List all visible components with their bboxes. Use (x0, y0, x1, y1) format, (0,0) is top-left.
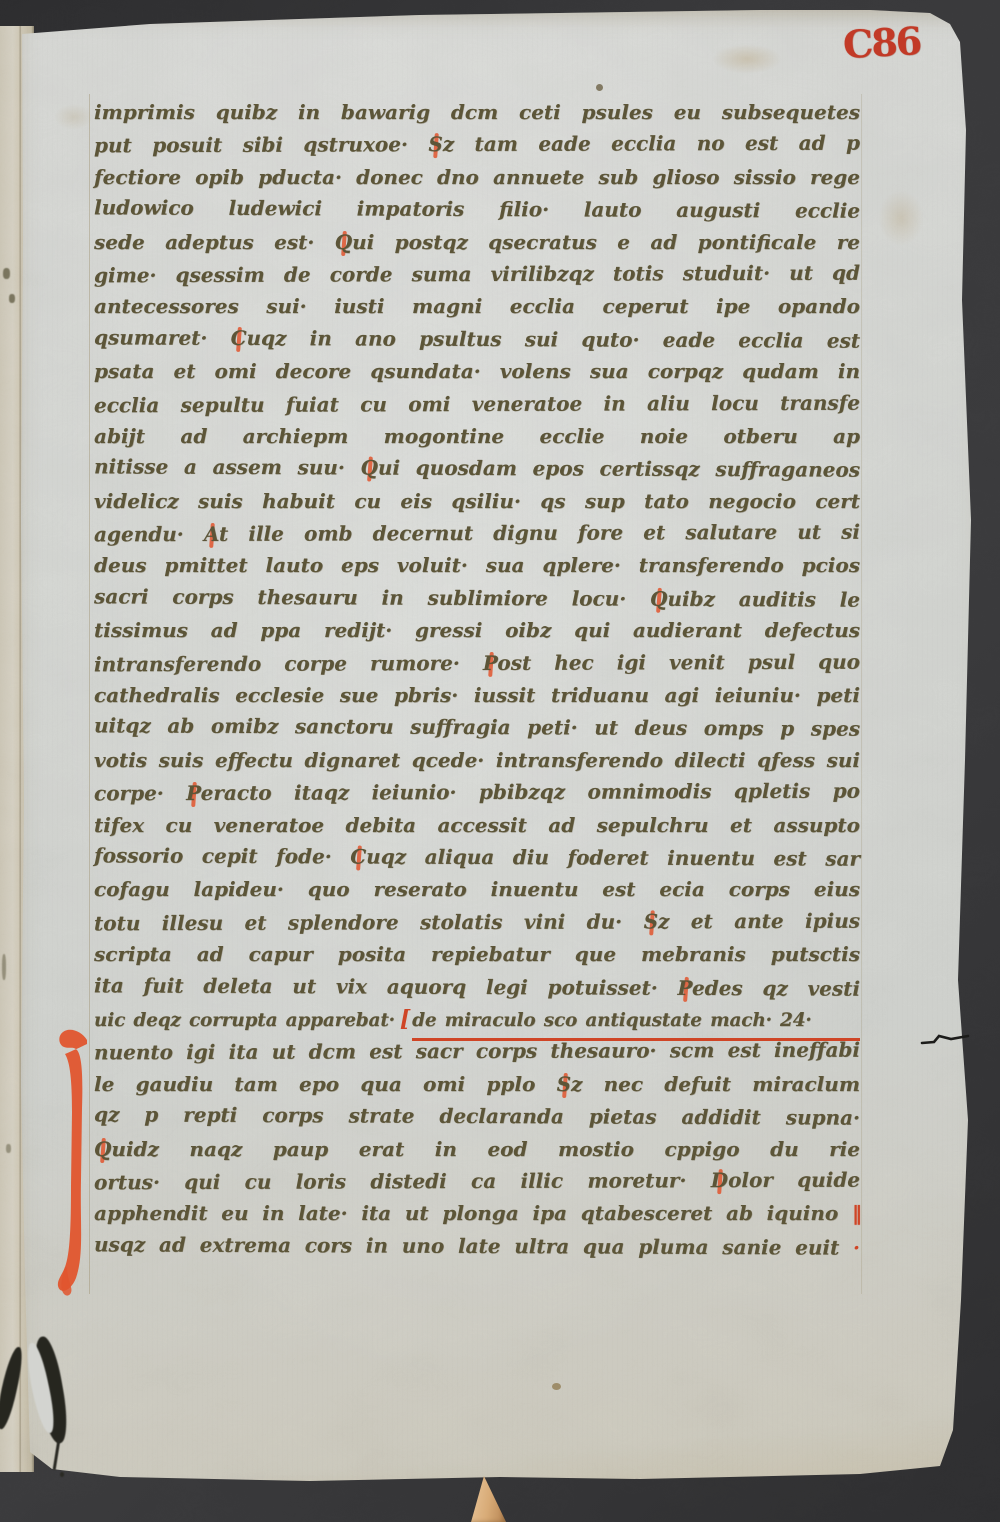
manuscript-line: ortus· qui cu loris distedi ca illic mor… (94, 1164, 860, 1199)
line-text: sacri corps thesauru in sublimiore locu· (94, 584, 650, 610)
pointer-stick (468, 1476, 506, 1522)
line-text: fossorio cepit fode· (94, 843, 350, 868)
manuscript-line: sacri corps thesauru in sublimiore locu·… (94, 580, 860, 616)
manuscript-line: imprimis quibz in bawarig dcm ceti psule… (94, 96, 860, 128)
line-text: fectiore opib pducta· donec dno annuete … (94, 165, 860, 189)
red-ink-mark: ‖ (852, 1201, 860, 1225)
manuscript-line: le gaudiu tam epo qua omi pplo Sz nec de… (94, 1068, 860, 1100)
ink-speck (2, 954, 6, 980)
line-text: tifex cu veneratoe debita accessit ad se… (94, 813, 860, 837)
line-text: deus pmittet lauto eps voluit· sua qpler… (94, 553, 860, 577)
rubricated-capital: S (428, 133, 443, 157)
line-text: ita fuit deleta ut vix aquorq legi potui… (94, 973, 678, 1000)
manuscript-line: psata et omi decore qsundata· volens sua… (94, 355, 860, 387)
manuscript-line: votis suis effectu dignaret qcede· intra… (94, 744, 860, 776)
line-text: totu illesu et splendore stolatis vini d… (94, 909, 644, 935)
text-block: imprimis quibz in bawarig dcm ceti psule… (94, 96, 860, 1262)
line-text: sede adeptus est· (94, 230, 335, 254)
manuscript-line: nitisse a assem suu· Qui quosdam epos ce… (94, 451, 860, 487)
line-text: apphendit eu in late· ita ut plonga ipa … (94, 1201, 852, 1225)
red-ink-mark: [ (400, 1003, 410, 1035)
line-text: votis suis effectu dignaret qcede· intra… (94, 748, 860, 772)
line-text: ecclia sepultu fuiat cu omi veneratoe in… (94, 390, 860, 417)
ink-speck (3, 268, 10, 279)
manuscript-line: apphendit eu in late· ita ut plonga ipa … (94, 1197, 860, 1229)
line-text: imprimis quibz in bawarig dcm ceti psule… (94, 100, 860, 124)
manuscript-line: intransferendo corpe rumore· Post hec ig… (94, 645, 860, 680)
manuscript-line: cathedralis ecclesie sue pbris· iussit t… (94, 679, 860, 711)
manuscript-line: deus pmittet lauto eps voluit· sua qpler… (94, 549, 860, 581)
manuscript-line: Quidz naqz paup erat in eod mostio cppig… (94, 1133, 860, 1165)
manuscript-line: corpe· Peracto itaqz ieiunio· pbibzqz om… (94, 775, 860, 810)
line-text: ludowico ludewici impatoris filio· lauto… (94, 196, 860, 223)
manuscript-line: nuento igi ita ut dcm est sacr corps the… (94, 1034, 860, 1069)
rubricated-capital: P (483, 651, 498, 675)
manuscript-line: tissimus ad ppa redijt· gressi oibz qui … (94, 614, 860, 646)
line-text: uic deqz corrupta apparebat· (94, 1005, 395, 1037)
ink-speck (9, 294, 15, 303)
rubricated-capital: Q (650, 587, 668, 611)
manuscript-line: sede adeptus est· Qui postqz qsecratus e… (94, 226, 860, 258)
rubricated-capital: Q (360, 456, 378, 480)
line-text: uidz naqz paup erat in eod mostio cppigo… (111, 1137, 860, 1161)
line-text: uibz auditis le (667, 587, 860, 612)
manuscript-line: fossorio cepit fode· Cuqz aliqua diu fod… (94, 839, 860, 875)
rubricated-capital: C (231, 326, 247, 350)
wormhole-tail (60, 1472, 64, 1477)
line-text: uqz aliqua diu foderet inuentu est sar (366, 845, 860, 871)
manuscript-line: fectiore opib pducta· donec dno annuete … (94, 161, 860, 193)
line-text: gime· qsessim de corde suma virilibzqz t… (94, 261, 860, 288)
manuscript-line: videlicz suis habuit cu eis qsiliu· qs s… (94, 485, 860, 517)
line-text: usqz ad extrema cors in uno late ultra q… (94, 1232, 853, 1259)
line-text: uqz in ano psultus sui quto· eade ecclia… (246, 326, 860, 353)
initial-flourish-icon (57, 1028, 97, 1300)
line-text: corpe· (94, 781, 186, 805)
line-text: qz p repti corps strate declaranda pieta… (94, 1102, 860, 1129)
line-text: cofagu lapideu· quo reserato inuentu est… (94, 877, 860, 901)
manuscript-line: ludowico ludewici impatoris filio· lauto… (94, 192, 860, 228)
manuscript-line: scripta ad capur posita repiebatur que m… (94, 938, 860, 970)
line-text: videlicz suis habuit cu eis qsiliu· qs s… (94, 489, 860, 513)
line-text: antecessores sui· iusti magni ecclia cep… (94, 294, 860, 318)
line-text: nuento igi ita ut dcm est sacr corps the… (94, 1038, 860, 1065)
rubricated-capital: P (186, 781, 201, 805)
rubricated-capital: P (677, 975, 692, 999)
folio-number: C86 (842, 18, 921, 67)
rubricated-capital: S (644, 909, 659, 933)
line-text: psata et omi decore qsundata· volens sua… (94, 359, 860, 383)
manuscript-line: agendu· At ille omb decernut dignu fore … (94, 516, 860, 551)
manuscript-line: qz p repti corps strate declaranda pieta… (94, 1098, 860, 1134)
initial-letter: I (57, 1028, 97, 1304)
rubricated-capital: C (350, 844, 366, 868)
manuscript-line: abijt ad archiepm mogontine ecclie noie … (94, 420, 860, 452)
line-text: put posuit sibi qstruxoe· (94, 133, 428, 158)
line-text: nitisse a assem suu· (94, 455, 361, 480)
line-text: z tam eade ecclia no est ad p (443, 131, 860, 156)
manuscript-line: uic deqz corrupta apparebat·[de miraculo… (94, 1003, 860, 1035)
line-text: olor quide (728, 1168, 860, 1192)
manuscript-line: uitqz ab omibz sanctoru suffragia peti· … (94, 710, 860, 746)
line-text: intransferendo corpe rumore· (94, 651, 483, 676)
manuscript-line: ecclia sepultu fuiat cu omi veneratoe in… (94, 386, 860, 421)
manuscript-line: tifex cu veneratoe debita accessit ad se… (94, 809, 860, 841)
edge-tear-icon (920, 1032, 972, 1048)
line-text: tissimus ad ppa redijt· gressi oibz qui … (94, 618, 860, 642)
line-text: qsumaret· (94, 325, 231, 350)
line-text: t ille omb decernut dignu fore et saluta… (219, 520, 860, 546)
rubricated-capital: D (711, 1168, 728, 1192)
line-text: ost hec igi venit psul quo (497, 649, 860, 674)
line-text: agendu· (94, 522, 204, 546)
manuscript-line: usqz ad extrema cors in uno late ultra q… (94, 1228, 860, 1264)
line-text: uitqz ab omibz sanctoru suffragia peti· … (94, 714, 860, 741)
rubricated-capital: A (204, 522, 219, 546)
line-text: le gaudiu tam epo qua omi pplo (94, 1072, 557, 1096)
line-text: z nec defuit miraclum (571, 1072, 860, 1096)
line-text: scripta ad capur posita repiebatur que m… (94, 942, 860, 966)
rubricated-capital: S (557, 1072, 571, 1096)
line-text: z et ante ipius (658, 908, 860, 933)
manuscript-line: ita fuit deleta ut vix aquorq legi potui… (94, 969, 860, 1005)
manuscript-line: antecessores sui· iusti magni ecclia cep… (94, 290, 860, 322)
ink-speck (6, 1144, 11, 1153)
line-text: ui postqz qsecratus e ad pontificale re (352, 230, 860, 254)
manuscript-line: put posuit sibi qstruxoe· Sz tam eade ec… (94, 127, 860, 162)
manuscript-line: cofagu lapideu· quo reserato inuentu est… (94, 873, 860, 905)
line-text: ui quosdam epos certissqz suffraganeos (378, 456, 860, 482)
manuscript-line: totu illesu et splendore stolatis vini d… (94, 904, 860, 939)
line-text: abijt ad archiepm mogontine ecclie noie … (94, 424, 860, 448)
manuscript-line: qsumaret· Cuqz in ano psultus sui quto· … (94, 321, 860, 357)
line-text: cathedralis ecclesie sue pbris· iussit t… (94, 683, 860, 707)
manuscript-line: gime· qsessim de corde suma virilibzqz t… (94, 257, 860, 292)
line-text: edes qz vesti (692, 975, 860, 1000)
line-text: ortus· qui cu loris distedi ca illic mor… (94, 1168, 711, 1194)
red-ink-mark: · (853, 1235, 860, 1259)
rubricated-capital: Q (335, 230, 352, 254)
line-text: eracto itaqz ieiunio· pbibzqz omnimodis … (201, 779, 860, 805)
manuscript-photo: { "colors": { "paper": "#d5d6d1", "backd… (0, 0, 1000, 1522)
margin-rule-right (861, 94, 862, 1294)
